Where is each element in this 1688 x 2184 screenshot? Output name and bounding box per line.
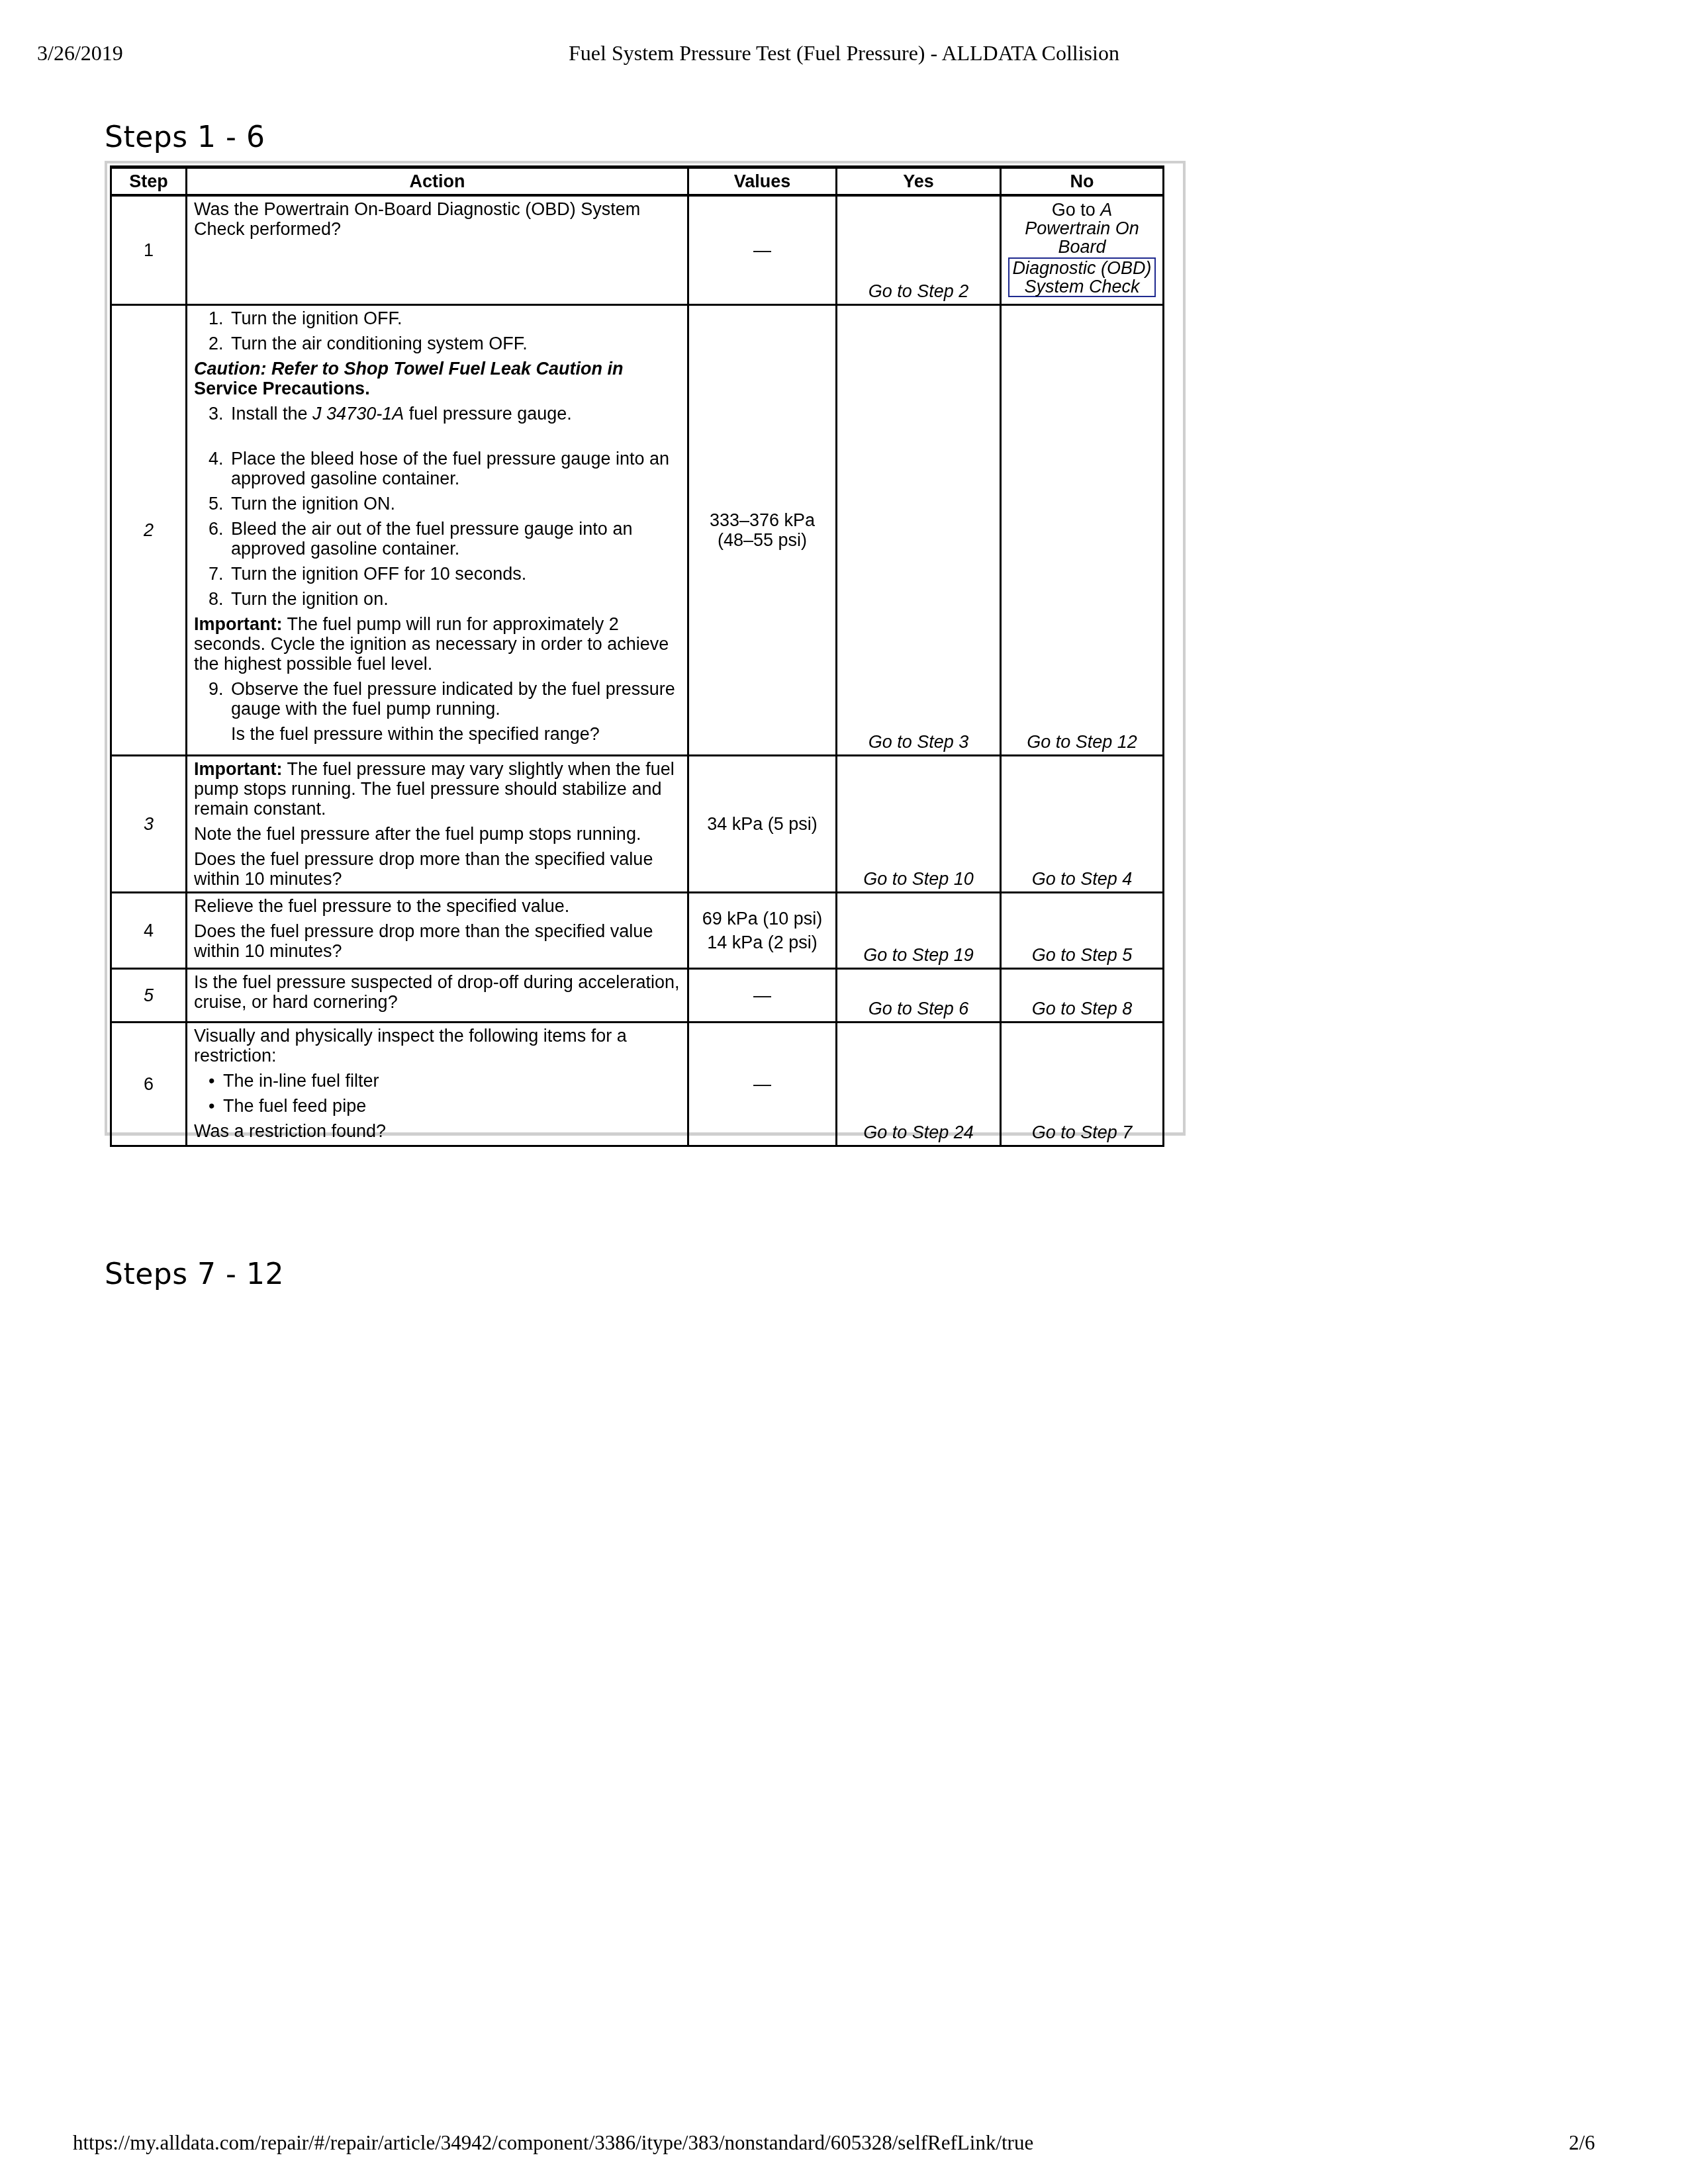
goto-ref-line3: Board: [1008, 238, 1156, 256]
step-number: 3: [111, 756, 187, 893]
action-text: Visually and physically inspect the foll…: [194, 1026, 680, 1066]
column-header-action: Action: [187, 167, 688, 196]
goto-step-link[interactable]: Go to Step 5: [1032, 945, 1133, 965]
goto-step-link[interactable]: Go to Step 3: [868, 732, 969, 752]
action-list-item: 1.Turn the ignition OFF.: [194, 308, 680, 328]
table-row: 3 Important: The fuel pressure may vary …: [111, 756, 1164, 893]
goto-ref-line2: Powertrain On: [1008, 219, 1156, 238]
values-cell: 34 kPa (5 psi): [688, 756, 837, 893]
goto-ref-a: A: [1100, 200, 1112, 220]
step-number: 1: [111, 195, 187, 305]
no-cell: Go to Step 4: [1001, 756, 1164, 893]
table-header-row: Step Action Values Yes No: [111, 167, 1164, 196]
action-list-item: 9.Observe the fuel pressure indicated by…: [194, 679, 680, 719]
goto-step-link[interactable]: Go to Step 24: [863, 1122, 974, 1142]
goto-step-link[interactable]: Go to Step 6: [868, 999, 969, 1019]
yes-cell: Go to Step 2: [837, 195, 1001, 305]
step-number: 4: [111, 893, 187, 969]
table-row: 6 Visually and physically inspect the fo…: [111, 1023, 1164, 1146]
goto-step-link[interactable]: Go to Step 8: [1032, 999, 1133, 1019]
section-title-steps-1-6: Steps 1 - 6: [105, 120, 265, 154]
values-cell: 69 kPa (10 psi) 14 kPa (2 psi): [688, 893, 837, 969]
print-header-title: Fuel System Pressure Test (Fuel Pressure…: [0, 41, 1688, 66]
no-cell: Go to Step 7: [1001, 1023, 1164, 1146]
table-row: 4 Relieve the fuel pressure to the speci…: [111, 893, 1164, 969]
value-kpa: 34 kPa (5 psi): [707, 814, 818, 834]
yes-cell: Go to Step 19: [837, 893, 1001, 969]
print-footer-url: https://my.alldata.com/repair/#/repair/a…: [73, 2131, 1033, 2155]
bullet-item: •The in-line fuel filter: [194, 1071, 680, 1091]
action-cell: 1.Turn the ignition OFF. 2.Turn the air …: [187, 305, 688, 756]
values-dash: —: [753, 1074, 771, 1094]
yes-cell: Go to Step 3: [837, 305, 1001, 756]
value-kpa-2: 14 kPa (2 psi): [696, 931, 829, 954]
obd-system-check-link[interactable]: Diagnostic (OBD) System Check: [1008, 257, 1156, 297]
step-number: 2: [111, 305, 187, 756]
table-row: 2 1.Turn the ignition OFF. 2.Turn the ai…: [111, 305, 1164, 756]
action-question: Does the fuel pressure drop more than th…: [194, 849, 680, 889]
no-cell: Go to Step 5: [1001, 893, 1164, 969]
value-kpa: 69 kPa (10 psi): [696, 907, 829, 931]
goto-step-link[interactable]: Go to Step 7: [1032, 1122, 1133, 1142]
action-cell: Relieve the fuel pressure to the specifi…: [187, 893, 688, 969]
action-question: Is the fuel pressure within the specifie…: [194, 724, 680, 744]
action-note: Note the fuel pressure after the fuel pu…: [194, 824, 680, 844]
action-cell: Important: The fuel pressure may vary sl…: [187, 756, 688, 893]
column-header-no: No: [1001, 167, 1164, 196]
action-list-item: 6.Bleed the air out of the fuel pressure…: [194, 519, 680, 559]
value-kpa: 333–376 kPa: [696, 510, 829, 530]
section-title-steps-7-12: Steps 7 - 12: [105, 1257, 284, 1291]
goto-step-link[interactable]: Go to Step 12: [1027, 732, 1137, 752]
important-note: Important: The fuel pressure may vary sl…: [194, 759, 680, 819]
yes-cell: Go to Step 6: [837, 969, 1001, 1023]
action-text: Was the Powertrain On-Board Diagnostic (…: [194, 199, 680, 239]
yes-cell: Go to Step 10: [837, 756, 1001, 893]
bullet-icon: •: [209, 1071, 223, 1091]
action-cell: Visually and physically inspect the foll…: [187, 1023, 688, 1146]
column-header-step: Step: [111, 167, 187, 196]
table-row: 1 Was the Powertrain On-Board Diagnostic…: [111, 195, 1164, 305]
values-cell: —: [688, 969, 837, 1023]
diagnostic-steps-table: Step Action Values Yes No 1 Was the Powe…: [110, 165, 1164, 1147]
action-list-item: 3.Install the J 34730-1A fuel pressure g…: [194, 404, 680, 424]
values-dash: —: [753, 240, 771, 260]
caution-note-2: Service Precautions.: [194, 379, 680, 398]
values-cell: —: [688, 1023, 837, 1146]
no-cell: Go to Step 12: [1001, 305, 1164, 756]
caution-note: Caution: Refer to Shop Towel Fuel Leak C…: [194, 359, 680, 379]
action-cell: Is the fuel pressure suspected of drop-o…: [187, 969, 688, 1023]
goto-step-link[interactable]: Go to Step 4: [1032, 869, 1133, 889]
action-list-item: 2.Turn the air conditioning system OFF.: [194, 334, 680, 353]
action-text: Relieve the fuel pressure to the specifi…: [194, 896, 680, 916]
goto-prefix: Go to: [1052, 200, 1101, 220]
goto-step-link[interactable]: Go to Step 2: [868, 281, 969, 301]
no-cell: Go to Step 8: [1001, 969, 1164, 1023]
action-cell: Was the Powertrain On-Board Diagnostic (…: [187, 195, 688, 305]
action-question: Is the fuel pressure suspected of drop-o…: [194, 972, 680, 1012]
action-question: Was a restriction found?: [194, 1121, 680, 1141]
bullet-item: •The fuel feed pipe: [194, 1096, 680, 1116]
step-number: 5: [111, 969, 187, 1023]
action-list-item: 7.Turn the ignition OFF for 10 seconds.: [194, 564, 680, 584]
tool-number: J 34730-1A: [312, 404, 404, 424]
no-cell: Go to A Powertrain On Board Diagnostic (…: [1001, 195, 1164, 305]
action-question: Does the fuel pressure drop more than th…: [194, 921, 680, 961]
column-header-values: Values: [688, 167, 837, 196]
values-dash: —: [753, 985, 771, 1005]
goto-step-link[interactable]: Go to Step 19: [863, 945, 974, 965]
column-header-yes: Yes: [837, 167, 1001, 196]
values-cell: 333–376 kPa (48–55 psi): [688, 305, 837, 756]
action-list-item: 5.Turn the ignition ON.: [194, 494, 680, 514]
values-cell: —: [688, 195, 837, 305]
print-footer-page-number: 2/6: [1569, 2131, 1595, 2155]
important-note: Important: The fuel pump will run for ap…: [194, 614, 680, 674]
action-list-item: 4.Place the bleed hose of the fuel press…: [194, 449, 680, 488]
step-number: 6: [111, 1023, 187, 1146]
goto-step-link[interactable]: Go to Step 10: [863, 869, 974, 889]
action-list-item: 8.Turn the ignition on.: [194, 589, 680, 609]
table-row: 5 Is the fuel pressure suspected of drop…: [111, 969, 1164, 1023]
bullet-icon: •: [209, 1096, 223, 1116]
value-psi: (48–55 psi): [696, 530, 829, 550]
yes-cell: Go to Step 24: [837, 1023, 1001, 1146]
